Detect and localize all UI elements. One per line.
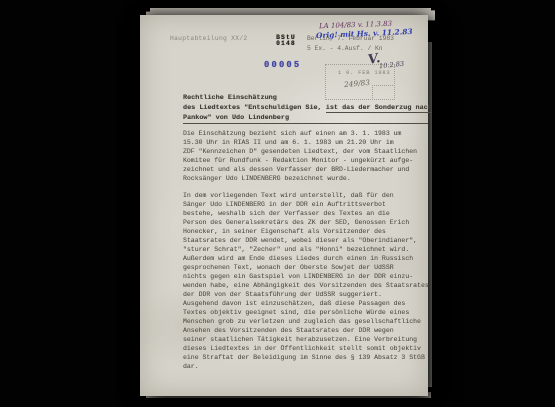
text-line: Die Einschätzung bezieht sich auf einen … bbox=[183, 129, 417, 138]
handwritten-reference-number: 249/83 bbox=[344, 78, 371, 89]
text-line: Menschen grob zu verletzen und zugleich … bbox=[183, 317, 429, 326]
text-line: Honecker, in seiner Eigenschaft als Vors… bbox=[183, 227, 429, 236]
text-line: In dem vorliegenden Text wird unterstell… bbox=[183, 191, 429, 200]
text-line: Person des Generalsekretärs des ZK der S… bbox=[183, 218, 429, 227]
paragraph-1: Die Einschätzung bezieht sich auf einen … bbox=[183, 129, 417, 183]
handwritten-initial-date: 10.2.83 bbox=[379, 60, 405, 71]
page-number-stamp: 00005 bbox=[264, 60, 301, 70]
text-line: zeichnet und als dessen Verfasser der BR… bbox=[183, 165, 417, 174]
bstu-stamp-number: 0148 bbox=[271, 41, 301, 47]
text-line: dieses Liedtextes in der Öffentlichkeit … bbox=[183, 344, 429, 353]
distribution-line: 5 Ex. - 4.Ausf. / Kn bbox=[307, 45, 383, 52]
text-line: eine Straftat der Beleidigung im Sinne d… bbox=[183, 353, 429, 362]
text-line: dar. bbox=[183, 362, 429, 371]
text-line: wenden habe, eine Abhängigkeit des Vorsi… bbox=[183, 281, 429, 290]
text-line: Staatsrates der DDR wendet, wobei dieser… bbox=[183, 236, 429, 245]
text-line: Außerdem wird am Ende dieses Liedes durc… bbox=[183, 254, 429, 263]
text-line: Ausgehend davon ist einzuschätzen, daß d… bbox=[183, 299, 429, 308]
text-line: Rocksänger Udo LINDENBERG bezeichnet wur… bbox=[183, 174, 417, 183]
title-line-2-underlined: ist das der Sonderzug nach bbox=[326, 104, 432, 113]
bstu-archive-stamp: BStU 0148 bbox=[271, 35, 301, 47]
text-line: der DDR von der Staatsführung der UdSSR … bbox=[183, 290, 429, 299]
text-line: nichts gegen ein Gastspiel von LINDENBER… bbox=[183, 272, 429, 281]
text-line: Ansehen des Vorsitzenden des Staatsrates… bbox=[183, 326, 429, 335]
document-title: Rechtliche Einschätzung des Liedtextes "… bbox=[183, 93, 432, 124]
text-line: Textes objektiv geeignet sind, die persö… bbox=[183, 308, 429, 317]
title-line-1: Rechtliche Einschätzung bbox=[183, 93, 432, 103]
document-page: Hauptabteilung XX/2 BStU 0148 Berlin, 7.… bbox=[140, 15, 428, 396]
title-line-2-plain: des Liedtextes "Entschuldigen Sie, bbox=[183, 104, 326, 112]
scan-background: Hauptabteilung XX/2 BStU 0148 Berlin, 7.… bbox=[0, 0, 555, 407]
text-line: seiner staatlichen Tätigkeit herabzusetz… bbox=[183, 335, 429, 344]
text-line: 15.30 Uhr in RIAS II und am 6. 1. 1983 u… bbox=[183, 138, 417, 147]
text-line: Sänger Udo LINDENBERG in der DDR ein Auf… bbox=[183, 200, 429, 209]
incoming-stamp-date: 1 0. FEB 1983 bbox=[338, 70, 390, 76]
text-line: gesprochenen Text, wonach der Oberste So… bbox=[183, 263, 429, 272]
title-line-2: des Liedtextes "Entschuldigen Sie, ist d… bbox=[183, 103, 432, 113]
department-label: Hauptabteilung XX/2 bbox=[170, 35, 248, 42]
title-line-3: Pankow" von Udo Lindenberg bbox=[183, 113, 428, 124]
text-line: ZDF "Kennzeichen D" gesendeten Liedtext,… bbox=[183, 147, 417, 156]
paragraph-2: In dem vorliegenden Text wird unterstell… bbox=[183, 191, 429, 371]
text-line: Komitee für Rundfunk - Redaktion Monitor… bbox=[183, 156, 417, 165]
text-line: "sturer Schrat", "Zecher" und als "Honni… bbox=[183, 245, 429, 254]
text-line: bestehe, weshalb sich der Verfasser des … bbox=[183, 209, 429, 218]
